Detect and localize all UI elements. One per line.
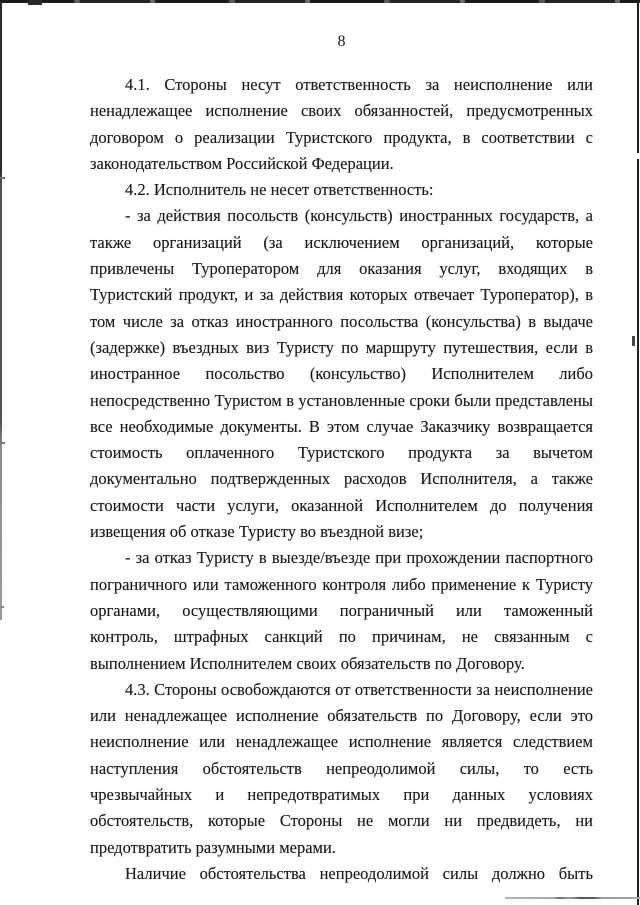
- document-body: 4.1. Стороны несут ответственность за не…: [90, 72, 593, 887]
- paragraph-bullet-border-control: - за отказ Туристу в выезде/въезде при п…: [90, 545, 593, 676]
- paragraph-bullet-embassy-visa: - за действия посольств (консульств) ино…: [90, 203, 593, 545]
- scan-artifact-left-edge-line: [0, 2, 2, 620]
- scan-artifact-left-dash: [0, 177, 5, 179]
- paragraph-4-2-heading: 4.2. Исполнитель не несет ответственност…: [90, 177, 593, 203]
- scan-artifact-top-blob: [28, 0, 42, 5]
- scan-artifact-bottom-line: [505, 897, 640, 899]
- scan-artifact-left-dash: [0, 606, 4, 608]
- scan-artifact-right-edge-gap: [636, 153, 640, 159]
- paragraph-4-1-liability: 4.1. Стороны несут ответственность за не…: [90, 72, 593, 177]
- scan-artifact-left-dash: [0, 442, 5, 444]
- document-page: 8 4.1. Стороны несут ответственность за …: [0, 0, 640, 905]
- scan-artifact-right-edge-blob: [632, 336, 635, 346]
- paragraph-4-3-force-majeure: 4.3. Стороны освобождаются от ответствен…: [90, 677, 593, 861]
- scan-artifact-top-edge: [0, 0, 640, 3]
- page-number: 8: [90, 34, 593, 50]
- scan-artifact-right-edge-line: [637, 0, 639, 905]
- paragraph-force-majeure-continuation: Наличие обстоятельства непреодолимой сил…: [90, 861, 593, 887]
